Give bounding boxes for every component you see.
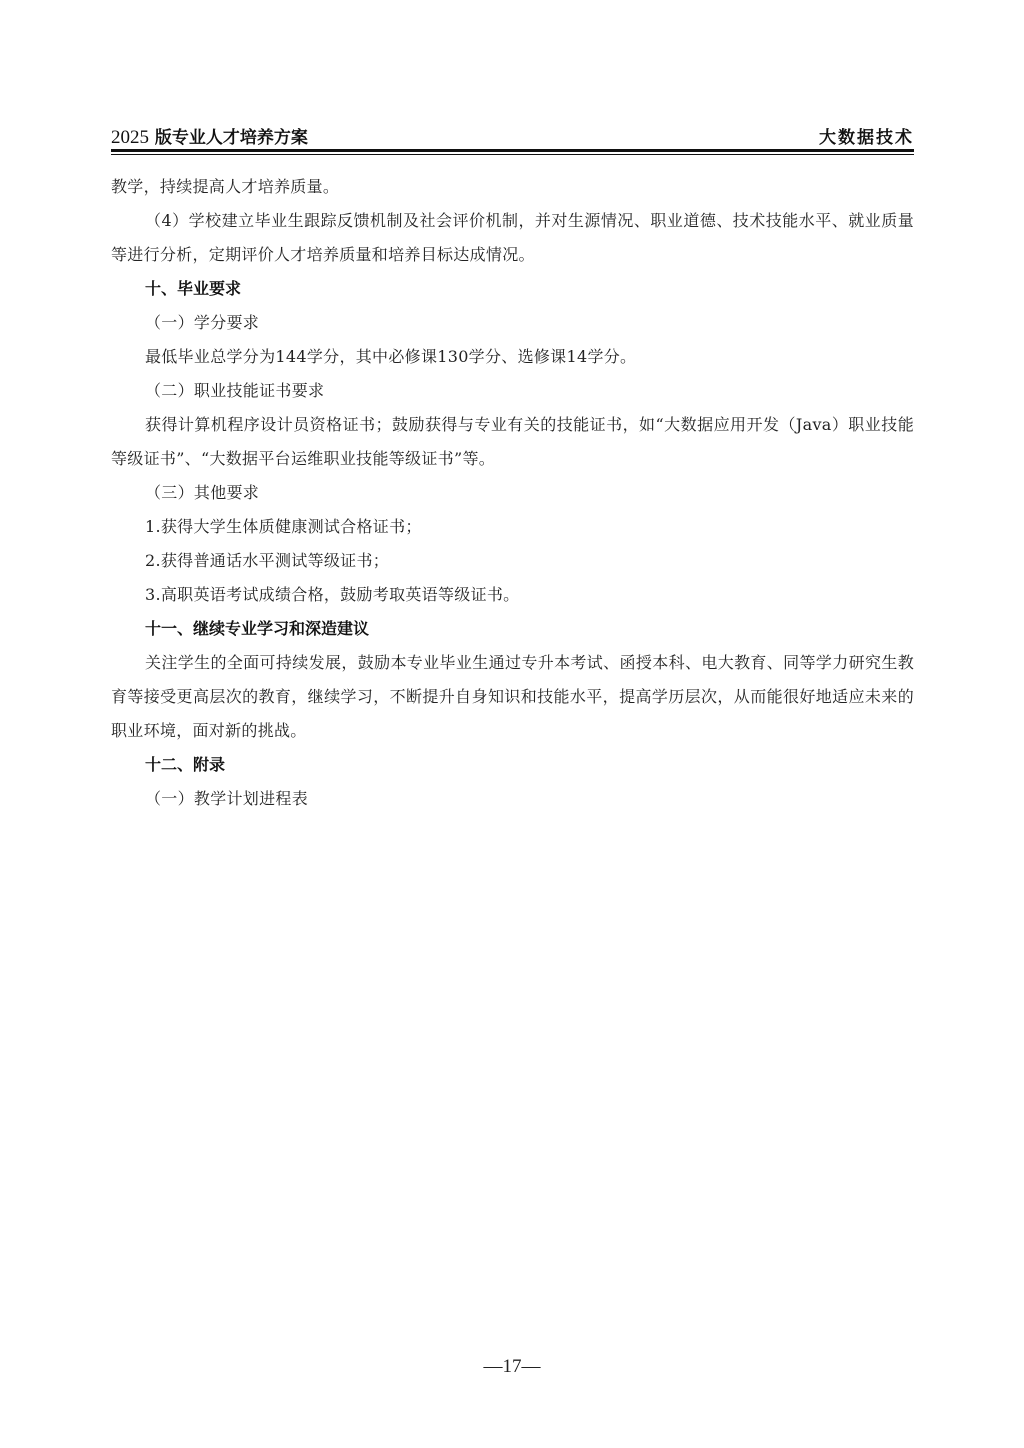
header-rule-thin <box>111 154 914 155</box>
page-content: 教学，持续提高人才培养质量。 （4）学校建立毕业生跟踪反馈机制及社会评价机制，并… <box>111 170 914 816</box>
list-item: 1.获得大学生体质健康测试合格证书； <box>111 510 914 544</box>
section-11-heading: 十一、继续专业学习和深造建议 <box>111 612 914 646</box>
section-10-sub3-heading: （三）其他要求 <box>111 476 914 510</box>
section-10-sub2-text: 获得计算机程序设计员资格证书；鼓励获得与专业有关的技能证书，如“大数据应用开发（… <box>111 408 914 476</box>
section-11-text: 关注学生的全面可持续发展，鼓励本专业毕业生通过专升本考试、函授本科、电大教育、同… <box>111 646 914 748</box>
section-10-sub2-heading: （二）职业技能证书要求 <box>111 374 914 408</box>
paragraph-continuation: 教学，持续提高人才培养质量。 <box>111 170 914 204</box>
list-item: 2.获得普通话水平测试等级证书； <box>111 544 914 578</box>
page-header: 2025 版专业人才培养方案 大数据技术 <box>111 126 914 150</box>
page-number: —17— <box>0 1356 1024 1378</box>
section-12-heading: 十二、附录 <box>111 748 914 782</box>
paragraph-item-4: （4）学校建立毕业生跟踪反馈机制及社会评价机制，并对生源情况、职业道德、技术技能… <box>111 204 914 272</box>
header-rule-thick <box>111 149 914 152</box>
section-10-heading: 十、毕业要求 <box>111 272 914 306</box>
section-10-sub1-heading: （一）学分要求 <box>111 306 914 340</box>
list-item: 3.高职英语考试成绩合格，鼓励考取英语等级证书。 <box>111 578 914 612</box>
header-year: 2025 <box>111 127 149 148</box>
section-10-sub1-text: 最低毕业总学分为144学分，其中必修课130学分、选修课14学分。 <box>111 340 914 374</box>
section-12-sub1-heading: （一）教学计划进程表 <box>111 782 914 816</box>
header-document-title: 2025 版专业人才培养方案 <box>111 126 308 150</box>
header-left-title: 版专业人才培养方案 <box>155 128 308 148</box>
header-major-title: 大数据技术 <box>819 126 914 150</box>
